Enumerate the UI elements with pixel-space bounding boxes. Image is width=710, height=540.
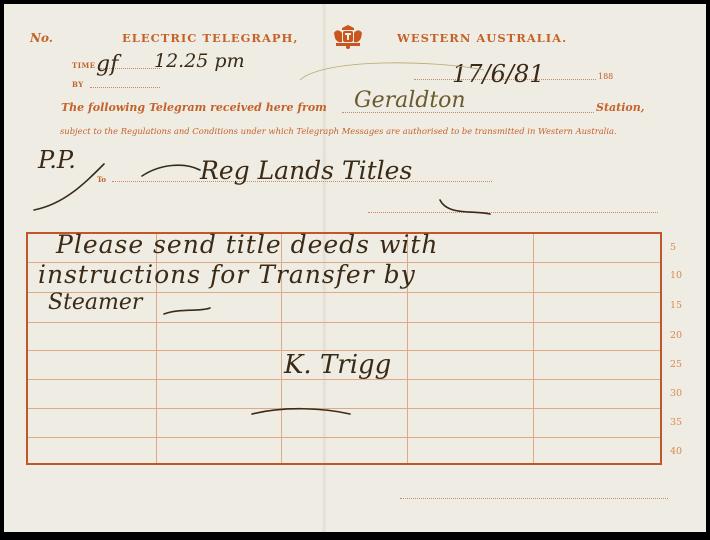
telegram-form: No. ELECTRIC TELEGRAPH, WESTERN AUSTRALI…: [4, 4, 706, 532]
pen-flourishes: [4, 4, 706, 532]
